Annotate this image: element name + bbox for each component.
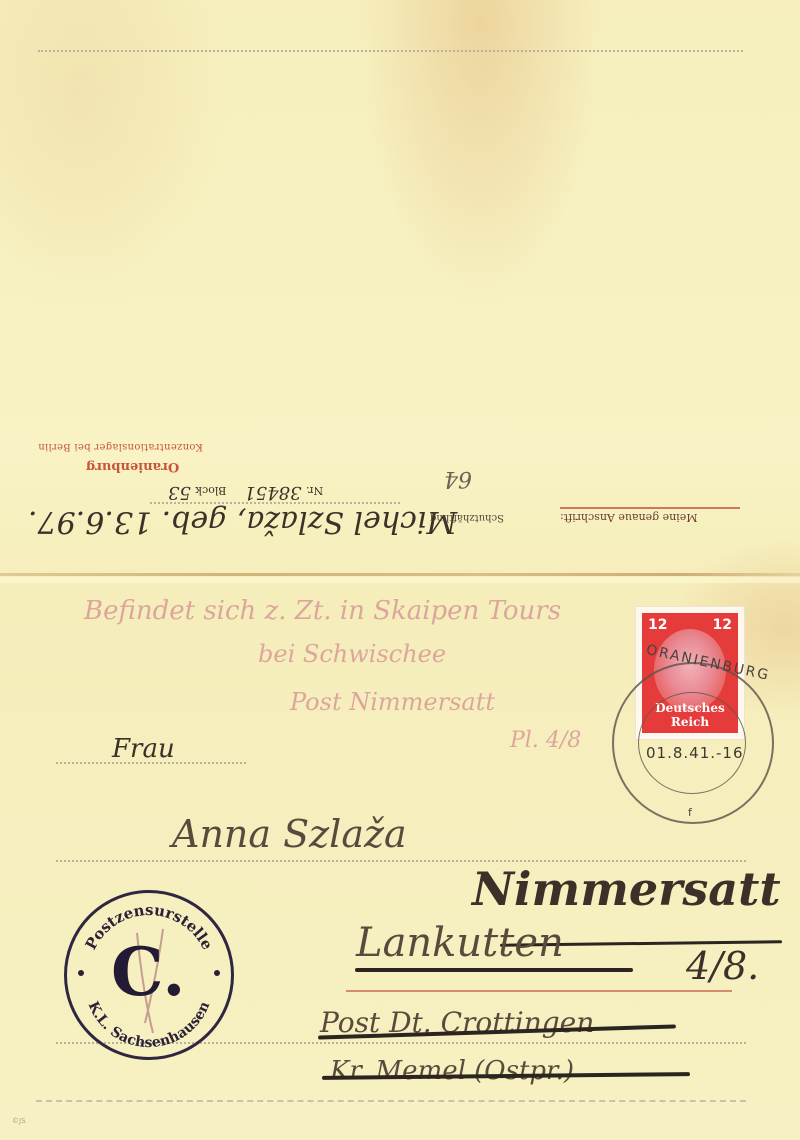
postmark-circle	[612, 662, 774, 824]
address-label: Meine genaue Anschrift:	[560, 511, 698, 524]
struck-district-line: Kr. Memel (Ostpr.)	[330, 1056, 574, 1086]
camp-name: Oranienburg	[86, 459, 179, 474]
inmate-name-handwritten: Michel Szlaža, geb. 13.6.97.	[28, 504, 457, 539]
top-dotted-line	[38, 50, 743, 52]
postmark-letter: f	[688, 806, 692, 819]
pencil-note-line-2: bei Schwischee	[258, 640, 446, 668]
block-value: 53	[168, 482, 191, 503]
recipient-name: Anna Szlaža	[172, 812, 407, 856]
salutation: Frau	[112, 734, 175, 764]
stamp-value-right: 12	[713, 617, 732, 633]
pencil-note-line-3: Post Nimmersatt	[290, 688, 495, 716]
pencil-note-line-1: Befindet sich z. Zt. in Skaipen Tours	[84, 596, 561, 626]
postmark-inner-ring	[638, 692, 746, 794]
fold-line	[0, 573, 800, 576]
block-number-row: Nr. 38451 Block 53	[168, 482, 323, 503]
number-value: 38451	[244, 482, 301, 503]
correction-note: 4/8.	[686, 944, 759, 988]
salutation-dotted-line	[56, 762, 246, 764]
camp-subtitle: Konzentrationslager bei Berlin	[38, 441, 203, 452]
fold-highlight	[0, 577, 800, 583]
block-label: Block	[195, 484, 226, 497]
red-address-line	[346, 990, 732, 992]
margin-mark: 64	[444, 466, 472, 491]
number-label: Nr.	[306, 484, 323, 497]
censor-letter: C.	[111, 933, 185, 1011]
address-label-underline	[560, 507, 740, 509]
stamp-value-left: 12	[648, 617, 667, 633]
struck-town: Lankutten	[356, 920, 564, 966]
inmate-label: Schutzhäftling	[430, 512, 504, 523]
watermark: ©JS	[12, 1117, 26, 1125]
struck-town-strikethrough	[355, 968, 633, 972]
pencil-note-line-4: Pl. 4/8	[510, 728, 581, 753]
postmark-date: 01.8.41.-16	[646, 744, 744, 762]
censor-stamp: Postzensurstelle K.L. Sachsenhausen C.	[64, 890, 234, 1060]
bottom-dotted-line	[36, 1100, 746, 1102]
new-town: Nimmersatt	[472, 862, 781, 916]
lettercard: Konzentrationslager bei Berlin Oranienbu…	[0, 0, 800, 1140]
